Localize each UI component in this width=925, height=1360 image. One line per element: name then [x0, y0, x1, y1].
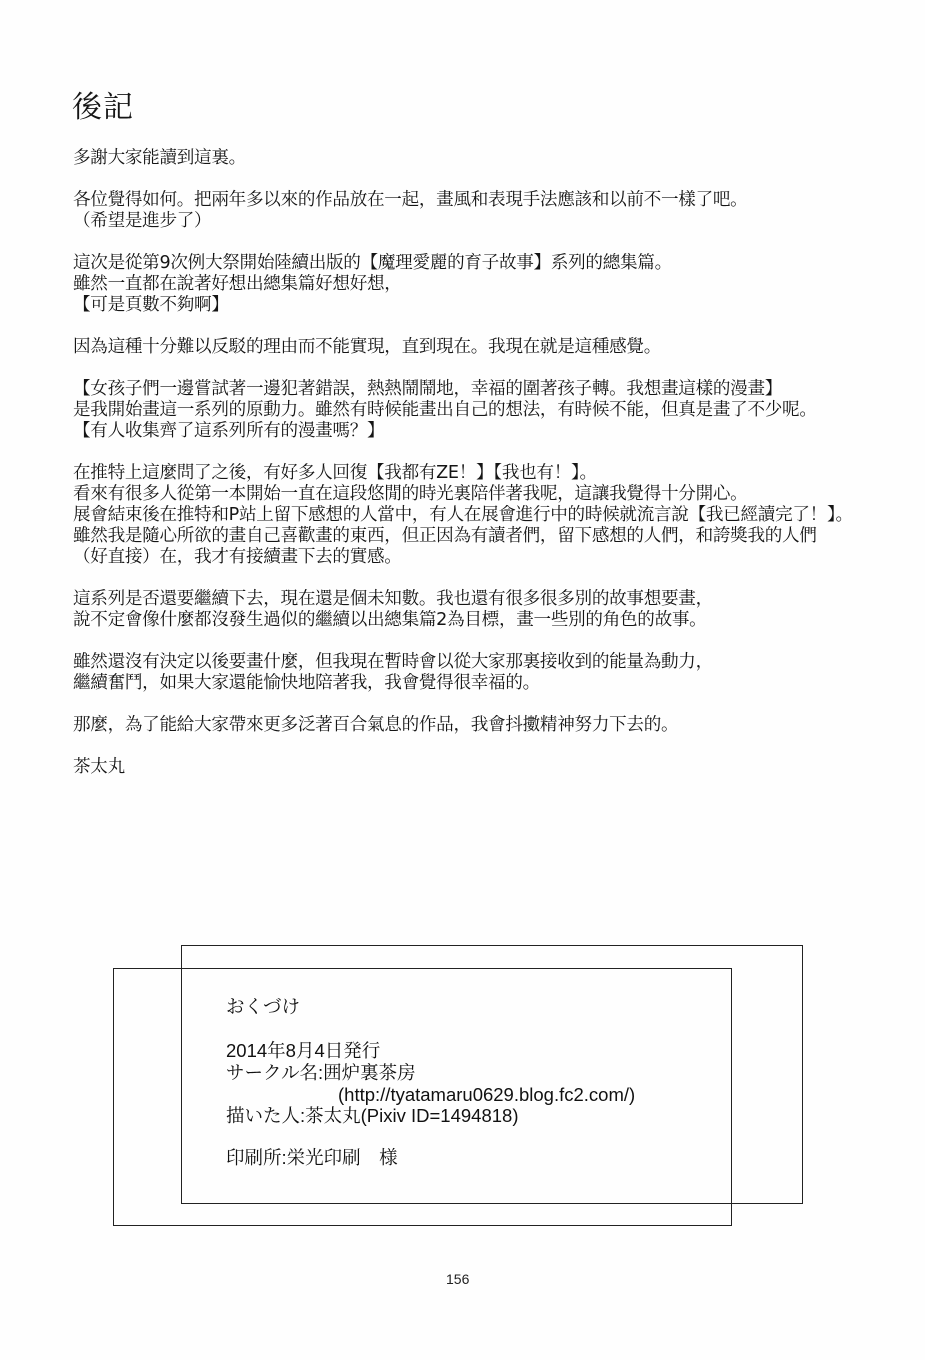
paragraph-5: 【女孩子們一邊嘗試著一邊犯著錯誤，熱熱鬧鬧地，幸福的圍著孩子轉。我想畫這樣的漫畫… [73, 379, 923, 442]
text-line: 展會結束後在推特和P站上留下感想的人當中，有人在展會進行中的時候就流言說【我已經… [73, 505, 923, 526]
text-line: 茶太丸 [73, 757, 923, 778]
text-line: 在推特上這麼問了之後，有好多人回復【我都有ZE！】【我也有！】。 [73, 463, 923, 484]
printer-credit: 印刷所:栄光印刷 様 [226, 1147, 635, 1169]
text-line: 【女孩子們一邊嘗試著一邊犯著錯誤，熱熱鬧鬧地，幸福的圍著孩子轉。我想畫這樣的漫畫… [73, 379, 923, 400]
page-number: 156 [446, 1271, 469, 1287]
text-line: （希望是進步了） [73, 211, 923, 232]
paragraph-8: 雖然還沒有決定以後要畫什麼，但我現在暫時會以從大家那裏接收到的能量為動力， 繼續… [73, 652, 923, 694]
text-line: （好直接）在，我才有接續畫下去的實感。 [73, 547, 923, 568]
colophon: おくづけ 2014年8月4日発行 サークル名:囲炉裏茶房 (http://tya… [226, 996, 635, 1169]
artist-credit: 描いた人:茶太丸(Pixiv ID=1494818) [226, 1105, 635, 1127]
text-line: 雖然一直都在說著好想出總集篇好想好想， [73, 274, 923, 295]
text-line: 雖然還沒有決定以後要畫什麼，但我現在暫時會以從大家那裏接收到的能量為動力， [73, 652, 923, 673]
paragraph-7: 這系列是否還要繼續下去，現在還是個未知數。我也還有很多很多別的故事想要畫， 說不… [73, 589, 923, 631]
text-line: 說不定會像什麼都沒發生過似的繼續以出總集篇2為目標，畫一些別的角色的故事。 [73, 610, 923, 631]
text-line: 多謝大家能讀到這裏。 [73, 148, 923, 169]
author-signature: 茶太丸 [73, 757, 923, 778]
text-line: 是我開始畫這一系列的原動力。雖然有時候能畫出自己的想法，有時候不能，但真是畫了不… [73, 400, 923, 421]
colophon-heading: おくづけ [226, 996, 635, 1018]
text-line: 這次是從第9次例大祭開始陸續出版的【魔理愛麗的育子故事】系列的總集篇。 [73, 253, 923, 274]
book-page: 後記 多謝大家能讀到這裏。 各位覺得如何。把兩年多以來的作品放在一起，畫風和表現… [0, 0, 925, 1360]
paragraph-2: 各位覺得如何。把兩年多以來的作品放在一起，畫風和表現手法應該和以前不一樣了吧。 … [73, 190, 923, 232]
paragraph-3: 這次是從第9次例大祭開始陸續出版的【魔理愛麗的育子故事】系列的總集篇。 雖然一直… [73, 253, 923, 316]
text-line: 【可是頁數不夠啊】 [73, 295, 923, 316]
paragraph-6: 在推特上這麼問了之後，有好多人回復【我都有ZE！】【我也有！】。 看來有很多人從… [73, 463, 923, 568]
paragraph-1: 多謝大家能讀到這裏。 [73, 148, 923, 169]
circle-name: サークル名:囲炉裏茶房 [226, 1062, 635, 1084]
afterword-title: 後記 [72, 90, 134, 126]
paragraph-9: 那麼，為了能給大家帶來更多泛著百合氣息的作品，我會抖擻精神努力下去的。 [73, 715, 923, 736]
text-line: 那麼，為了能給大家帶來更多泛著百合氣息的作品，我會抖擻精神努力下去的。 [73, 715, 923, 736]
text-line: 各位覺得如何。把兩年多以來的作品放在一起，畫風和表現手法應該和以前不一樣了吧。 [73, 190, 923, 211]
paragraph-4: 因為這種十分難以反駁的理由而不能實現，直到現在。我現在就是這種感覺。 [73, 337, 923, 358]
circle-url: (http://tyatamaru0629.blog.fc2.com/) [226, 1084, 635, 1105]
text-line: 雖然我是隨心所欲的畫自己喜歡畫的東西，但正因為有讀者們，留下感想的人們，和誇獎我… [73, 526, 923, 547]
afterword-body: 多謝大家能讀到這裏。 各位覺得如何。把兩年多以來的作品放在一起，畫風和表現手法應… [73, 148, 923, 778]
text-line: 這系列是否還要繼續下去，現在還是個未知數。我也還有很多很多別的故事想要畫， [73, 589, 923, 610]
text-line: 看來有很多人從第一本開始一直在這段悠閒的時光裏陪伴著我呢，這讓我覺得十分開心。 [73, 484, 923, 505]
text-line: 【有人收集齊了這系列所有的漫畫嗎？】 [73, 421, 923, 442]
publish-date: 2014年8月4日発行 [226, 1040, 635, 1062]
text-line: 繼續奮鬥，如果大家還能愉快地陪著我，我會覺得很幸福的。 [73, 673, 923, 694]
text-line: 因為這種十分難以反駁的理由而不能實現，直到現在。我現在就是這種感覺。 [73, 337, 923, 358]
